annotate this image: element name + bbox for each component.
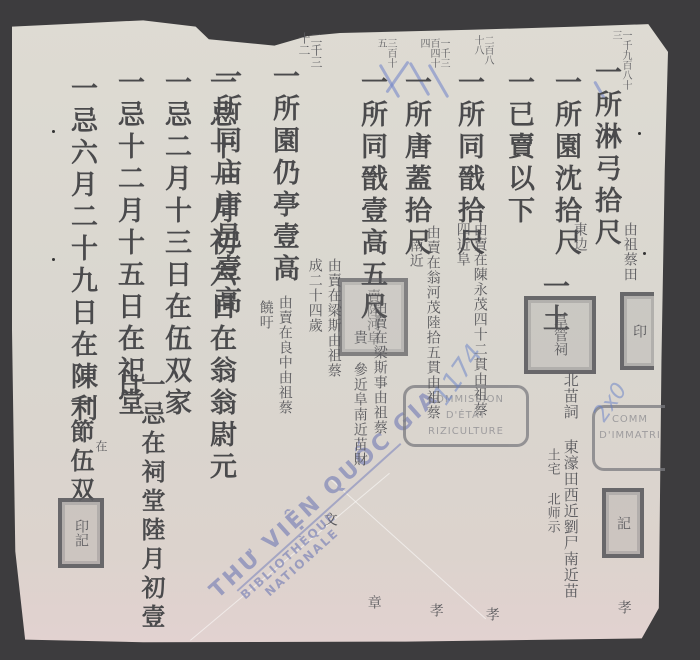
- seal-right-edge-low: 記: [602, 488, 644, 558]
- bottom-mark: 孝: [428, 603, 443, 618]
- column-4-top-note: 二百八十八: [472, 35, 492, 65]
- ink-speck: [643, 252, 646, 255]
- column-5-side-note-2: 南近: [408, 238, 423, 268]
- seal-center: 賣陸河阜: [338, 278, 408, 356]
- column-7-side-note-2: 成二十四歲: [307, 258, 322, 333]
- column-10-main: 一忌二月十三日在伍双家: [162, 68, 189, 420]
- column-7-top-note: 二千三十二: [298, 32, 322, 72]
- column-12-sub-note: 在: [95, 440, 107, 452]
- bottom-mark: 孝: [616, 600, 631, 615]
- column-7-main: 一所園仍亭壹高: [270, 62, 297, 286]
- right-block-note-2: 土宅 北师示: [545, 448, 559, 534]
- commission-line2: D'ÉTAT RIZICULTURE: [406, 408, 526, 440]
- column-1-side-note: 由祖蔡田: [622, 222, 637, 282]
- bottom-mark: 文: [322, 512, 337, 527]
- bottom-mark: 孝: [484, 607, 499, 622]
- column-12-sub: 一節伍双: [68, 390, 92, 506]
- column-11-sub: 一忌在祠堂陸月初壹日: [115, 372, 163, 660]
- column-3-main: 一已賣以下: [505, 68, 532, 228]
- column-5-side-note: 由賣在翁河茂陸拾五貫由祖蔡: [425, 225, 440, 420]
- seal-right-edge: 印: [620, 292, 654, 370]
- seal-top-right-mid: 阜管祠: [524, 296, 596, 374]
- commission-stamp-center: COMMISSION D'ÉTAT RIZICULTURE: [403, 385, 529, 447]
- column-2-side-note: 東边: [572, 222, 587, 252]
- column-5-top-note: 一千三百四十四: [418, 38, 448, 68]
- column-1-main: 一所淋弓拾尺: [592, 58, 619, 250]
- column-12-main: 一忌六月二十九日在陳利: [68, 74, 95, 426]
- commission-line1: COMMISSION: [406, 392, 526, 408]
- commission-right-line2: D'IMMATRI: [595, 428, 665, 444]
- column-8-side-note-2: 饒吁: [258, 300, 273, 330]
- bottom-mark: 章: [366, 595, 381, 610]
- column-8-side-note: 由賣在良中由祖蔡: [277, 295, 292, 415]
- column-11-main: 一忌十二月十五日在祀堂: [115, 68, 142, 420]
- column-4-side-note: 由賣在陳永茂四十二貫由祖蔡: [472, 222, 487, 417]
- column-4-side-note-2: 四近阜: [455, 222, 470, 267]
- right-block-note: 北苗詞 東濠田西近劉尸南近苗: [562, 372, 578, 599]
- column-9-main: 一忌十一月初六日在翁翁尉元: [207, 68, 234, 484]
- ink-speck: [638, 132, 641, 135]
- seal-bottom-left: 印記: [58, 498, 104, 568]
- ink-speck: [52, 130, 55, 133]
- column-6-top-note: 三百十五: [375, 38, 395, 68]
- ink-speck: [52, 258, 55, 261]
